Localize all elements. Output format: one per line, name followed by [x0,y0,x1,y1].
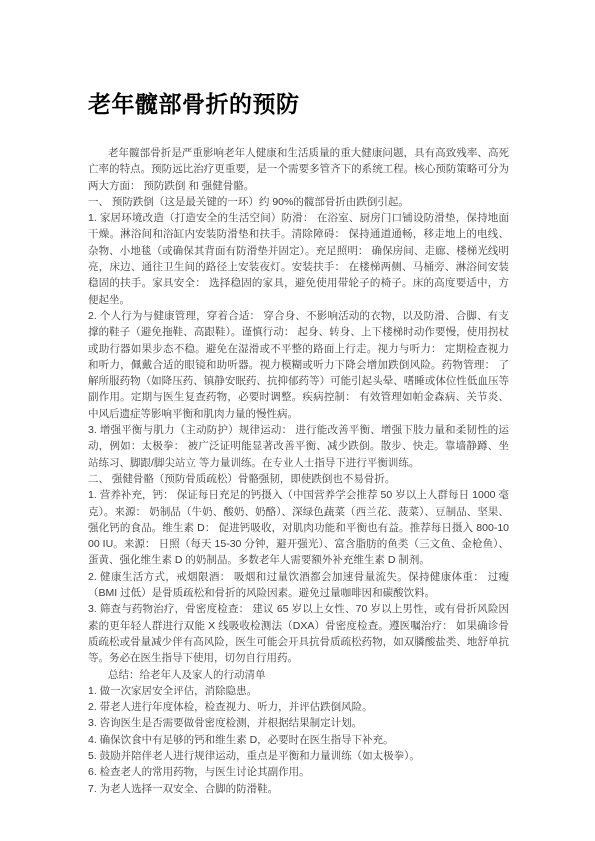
section-1-heading: 一、 预防跌倒（这是最关键的一环）约 90%的髋部骨折由跌倒引起。 [88,194,509,210]
action-item-4: 4. 确保饮食中有足够的钙和维生素 D，必要时在医生指导下补充。 [88,732,509,748]
section-1-paragraph-3: 3. 增强平衡与肌力（主动防护）规律运动： 进行能改善平衡、增强下肢力量和柔韧性… [88,422,509,471]
action-item-1: 1. 做一次家居安全评估，消除隐患。 [88,683,509,699]
action-item-7: 7. 为老人选择一双安全、合脚的防滑鞋。 [88,781,509,797]
document-page: 老年髋部骨折的预防 老年髋部骨折是严重影响老年人健康和生活质量的重大健康问题，具… [0,0,595,841]
section-2-paragraph-2: 2. 健康生活方式，戒烟限酒： 吸烟和过量饮酒都会加速骨量流失。保持健康体重： … [88,569,509,602]
section-1-paragraph-2: 2. 个人行为与健康管理，穿着合适： 穿合身、不影响活动的衣物，以及防滑、合脚、… [88,308,509,422]
section-2-paragraph-3: 3. 筛查与药物治疗，骨密度检查： 建议 65 岁以上女性、70 岁以上男性，或… [88,601,509,666]
action-item-6: 6. 检查老人的常用药物，与医生讨论其副作用。 [88,764,509,780]
summary-heading: 总结：给老年人及家人的行动清单 [88,667,509,683]
intro-paragraph: 老年髋部骨折是严重影响老年人健康和生活质量的重大健康问题，具有高致残率、高死亡率… [88,145,509,194]
section-2-heading: 二、 强健骨骼（预防骨质疏松）骨骼强韧，即使跌倒也不易骨折。 [88,471,509,487]
section-1-paragraph-1: 1. 家居环境改造（打造安全的生活空间）防滑： 在浴室、厨房门口铺设防滑垫，保持… [88,210,509,308]
document-content: 老年髋部骨折的预防 老年髋部骨折是严重影响老年人健康和生活质量的重大健康问题，具… [88,90,509,797]
action-item-3: 3. 咨询医生是否需要做骨密度检测，并根据结果制定计划。 [88,715,509,731]
action-item-5: 5. 鼓励并陪伴老人进行规律运动，重点是平衡和力量训练（如太极拳）。 [88,748,509,764]
page-title: 老年髋部骨折的预防 [88,90,509,118]
section-2-paragraph-1: 1. 营养补充，钙： 保证每日充足的钙摄入（中国营养学会推荐 50 岁以上人群每… [88,487,509,568]
action-item-2: 2. 带老人进行年度体检，检查视力、听力，并评估跌倒风险。 [88,699,509,715]
